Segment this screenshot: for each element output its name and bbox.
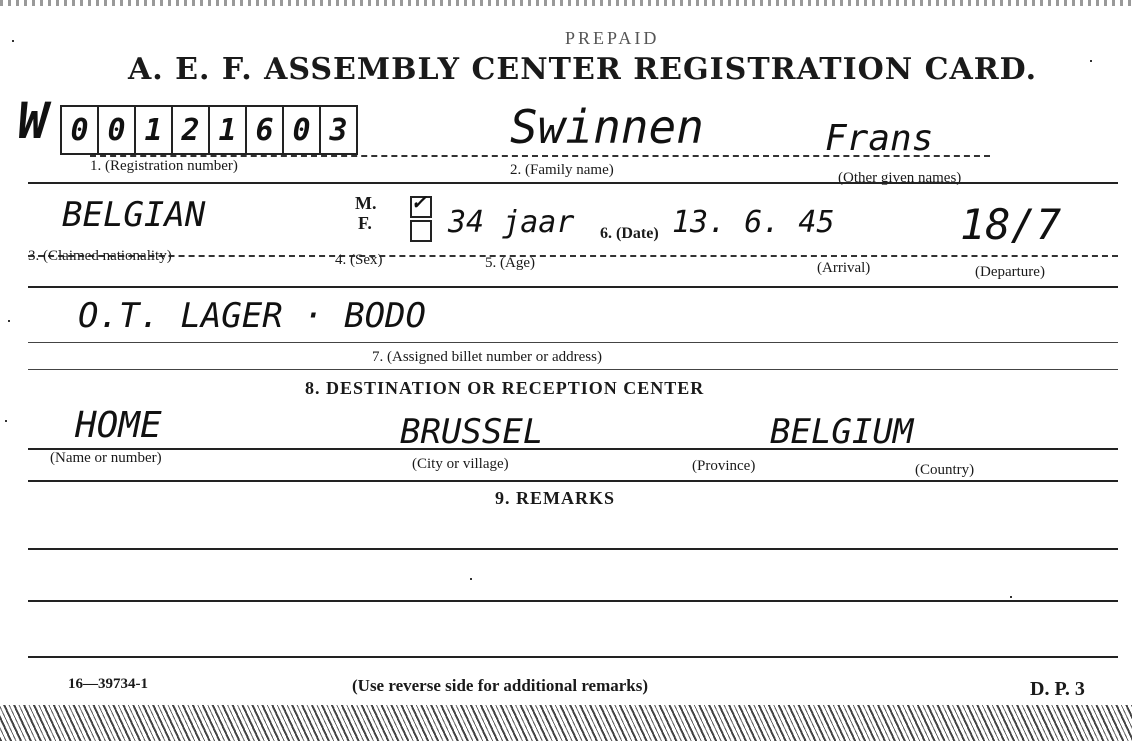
- registration-digit: 1: [136, 107, 173, 153]
- form-code: D. P. 3: [1030, 678, 1085, 701]
- departure-label: (Departure): [975, 264, 1045, 281]
- check-mark-icon: ✓: [412, 190, 425, 215]
- remarks-line-2[interactable]: [28, 600, 1118, 602]
- other-given-names-label: (Other given names): [838, 170, 961, 187]
- remarks-line-3[interactable]: [28, 656, 1118, 658]
- row3-rule: [28, 342, 1118, 343]
- province-label: (Province): [692, 458, 755, 475]
- registration-number-boxes: 0 0 1 2 1 6 0 3: [60, 105, 358, 155]
- scan-speck: [1010, 596, 1012, 598]
- row4b-rule: [28, 480, 1118, 482]
- nationality-value: BELGIAN: [62, 195, 205, 235]
- remarks-heading: 9. REMARKS: [495, 488, 615, 509]
- sex-f-checkbox[interactable]: [410, 220, 432, 242]
- family-name-value: Swinnen: [510, 100, 704, 154]
- country-label: (Country): [915, 462, 974, 479]
- registration-digit: 0: [62, 107, 99, 153]
- registration-digit: 0: [99, 107, 136, 153]
- city-label: (City or village): [412, 456, 509, 473]
- arrival-value: 13. 6. 45: [672, 205, 835, 240]
- scan-noise-bottom: [0, 705, 1132, 741]
- scan-speck: [8, 320, 10, 322]
- registration-digit: 3: [321, 107, 356, 153]
- given-names-value: Frans: [825, 118, 933, 159]
- scan-speck: [1090, 60, 1092, 62]
- scan-speck: [470, 578, 472, 580]
- remarks-line-1[interactable]: [28, 548, 1118, 550]
- row1-dash-line: [90, 155, 990, 157]
- destination-heading: 8. DESTINATION OR RECEPTION CENTER: [305, 378, 704, 399]
- age-label: 5. (Age): [485, 255, 535, 272]
- row2-rule: [28, 286, 1118, 288]
- date-label: 6. (Date): [600, 225, 659, 243]
- registration-number-label: 1. (Registration number): [90, 158, 238, 175]
- sex-option-f: F.: [358, 214, 372, 232]
- card-title: A. E. F. ASSEMBLY CENTER REGISTRATION CA…: [128, 52, 1037, 87]
- row2-dash-line: [28, 255, 1118, 257]
- scan-speck: [5, 420, 7, 422]
- sex-option-m: M.: [355, 194, 377, 212]
- row4-rule: [28, 448, 1118, 450]
- sex-m-checkbox[interactable]: ✓: [410, 196, 432, 218]
- row1-rule: [28, 182, 1118, 184]
- registration-digit: 0: [284, 107, 321, 153]
- billet-label: 7. (Assigned billet number or address): [372, 349, 602, 366]
- registration-digit: 6: [247, 107, 284, 153]
- registration-prefix: W: [18, 92, 48, 150]
- form-number: 16—39734-1: [68, 676, 148, 693]
- arrival-label: (Arrival): [817, 260, 870, 277]
- departure-value: 18/7: [960, 200, 1061, 249]
- registration-digit: 1: [210, 107, 247, 153]
- scan-speck: [12, 40, 14, 42]
- destination-name-value: HOME: [75, 405, 162, 446]
- registration-digit: 2: [173, 107, 210, 153]
- sex-label: 4. (Sex): [335, 252, 383, 269]
- footer-instruction: (Use reverse side for additional remarks…: [352, 676, 648, 696]
- name-or-number-label: (Name or number): [50, 450, 162, 467]
- scan-noise-top: [0, 0, 1132, 6]
- stamp-text: PREPAID: [565, 28, 659, 49]
- claimed-nationality-label: 3. (Claimed nationality): [28, 248, 172, 265]
- destination-city-value: BRUSSEL: [400, 412, 543, 452]
- row3b-rule: [28, 369, 1118, 370]
- destination-country-value: BELGIUM: [770, 412, 913, 452]
- family-name-label: 2. (Family name): [510, 162, 614, 179]
- billet-value: O.T. LAGER · BODO: [78, 296, 426, 336]
- age-value: 34 jaar: [448, 205, 574, 240]
